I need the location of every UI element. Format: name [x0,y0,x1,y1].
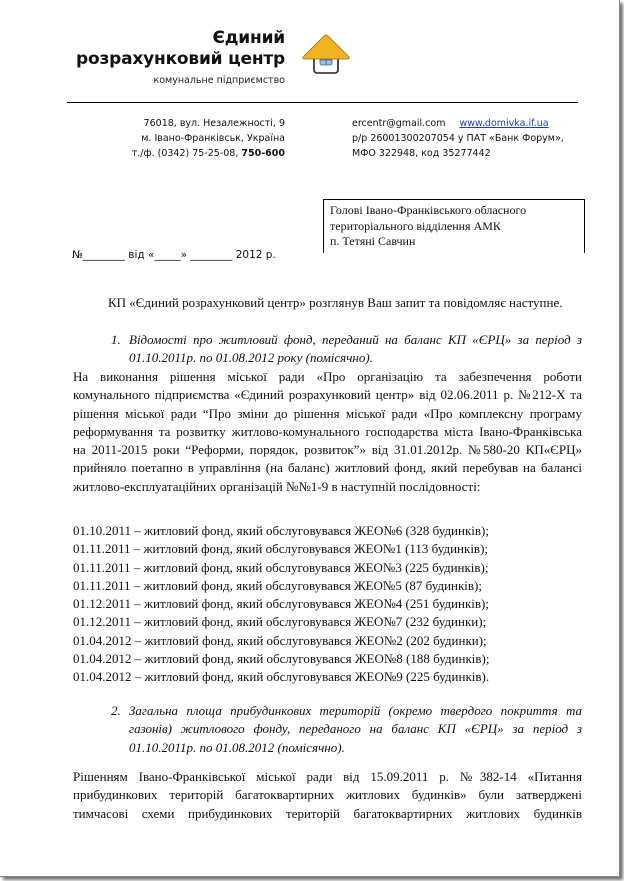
bank-account: р/р 26001300207054 у ПАТ «Банк Форум», [352,131,564,146]
transfer-item: 01.10.2011 – житловий фонд, який обслуго… [73,522,582,540]
item-2-line2: газонів) житлового фонду, переданого на … [129,720,582,738]
item-1-line2: 01.10.2011р. по 01.08.2012 року (помісяч… [129,349,582,367]
transfer-item: 01.04.2012 – житловий фонд, який обслуго… [73,668,582,686]
item-2-number: 2. [111,702,121,720]
transfer-item: 01.12.2011 – житловий фонд, який обслуго… [73,595,582,613]
item-1: 1. Відомості про житловий фонд, передани… [129,331,582,368]
org-subtitle: комунальне підприємство [153,75,285,86]
address-city: м. Івано-Франківськ, Україна [132,131,285,146]
contact-address: 76018, вул. Незалежності, 9 м. Івано-Фра… [132,116,285,161]
phone-short: 750-600 [241,148,285,159]
house-icon [300,33,352,77]
address-street: 76018, вул. Незалежності, 9 [132,116,285,131]
transfer-list: 01.10.2011 – житловий фонд, який обслуго… [73,522,582,687]
email-link[interactable]: ercentr@gmail.com [352,118,445,129]
item-2: 2. Загальна площа прибудинкових територі… [129,702,582,757]
transfer-item: 01.11.2011 – житловий фонд, який обслуго… [73,577,582,595]
decision-paragraph: На виконання рішення міської ради «Про о… [73,368,582,496]
item-2-line3: 01.10.2011р. по 01.08.2012 (помісячно). [129,739,582,757]
addressee-line2: територіального відділення АМК [330,219,584,235]
addressee-box: Голові Івано-Франківського обласного тер… [323,199,585,253]
email-web-line: ercentr@gmail.comwww.domivka.if.ua [352,116,564,131]
phone-line: т./ф. (0342) 75-25-08, 750-600 [132,146,285,161]
territories-paragraph: Рішенням Івано-Франківської міської ради… [73,768,582,823]
transfer-item: 01.04.2012 – житловий фонд, який обслуго… [73,650,582,668]
website-link[interactable]: www.domivka.if.ua [459,118,548,129]
transfer-item: 01.04.2012 – житловий фонд, який обслуго… [73,632,582,650]
territories-line2: прибудинкових територій багатоквартирних… [73,786,582,804]
item-1-number: 1. [111,331,121,349]
mfo-code: МФО 322948, код 35277442 [352,146,564,161]
registration-number: №________ від «_____» ________ 2012 р. [72,249,276,261]
territories-line1: Рішенням Івано-Франківської міської ради… [73,768,582,786]
header-divider [67,102,578,103]
org-name: Єдиний розрахунковий центр [76,28,285,70]
org-name-line1: Єдиний [76,28,285,49]
item-2-line1: Загальна площа прибудинкових територій (… [129,702,582,720]
transfer-item: 01.11.2011 – житловий фонд, який обслуго… [73,559,582,577]
contact-details: ercentr@gmail.comwww.domivka.if.ua р/р 2… [352,116,564,161]
org-name-line2: розрахунковий центр [76,49,285,70]
addressee-line1: Голові Івано-Франківського обласного [330,203,584,219]
territories-line3: тимчасові схеми прибудинкових територій … [73,805,582,823]
item-1-line1: Відомості про житловий фонд, переданий н… [129,331,582,349]
transfer-item: 01.11.2011 – житловий фонд, який обслуго… [73,540,582,558]
letter-page: Єдиний розрахунковий центр комунальне пі… [0,0,620,877]
addressee-line3: п. Тетяні Савчин [330,234,584,250]
intro-paragraph: КП «Єдиний розрахунковий центр» розгляну… [73,294,582,312]
phone-numbers: т./ф. (0342) 75-25-08, [132,148,242,159]
transfer-item: 01.12.2011 – житловий фонд, який обслуго… [73,613,582,631]
